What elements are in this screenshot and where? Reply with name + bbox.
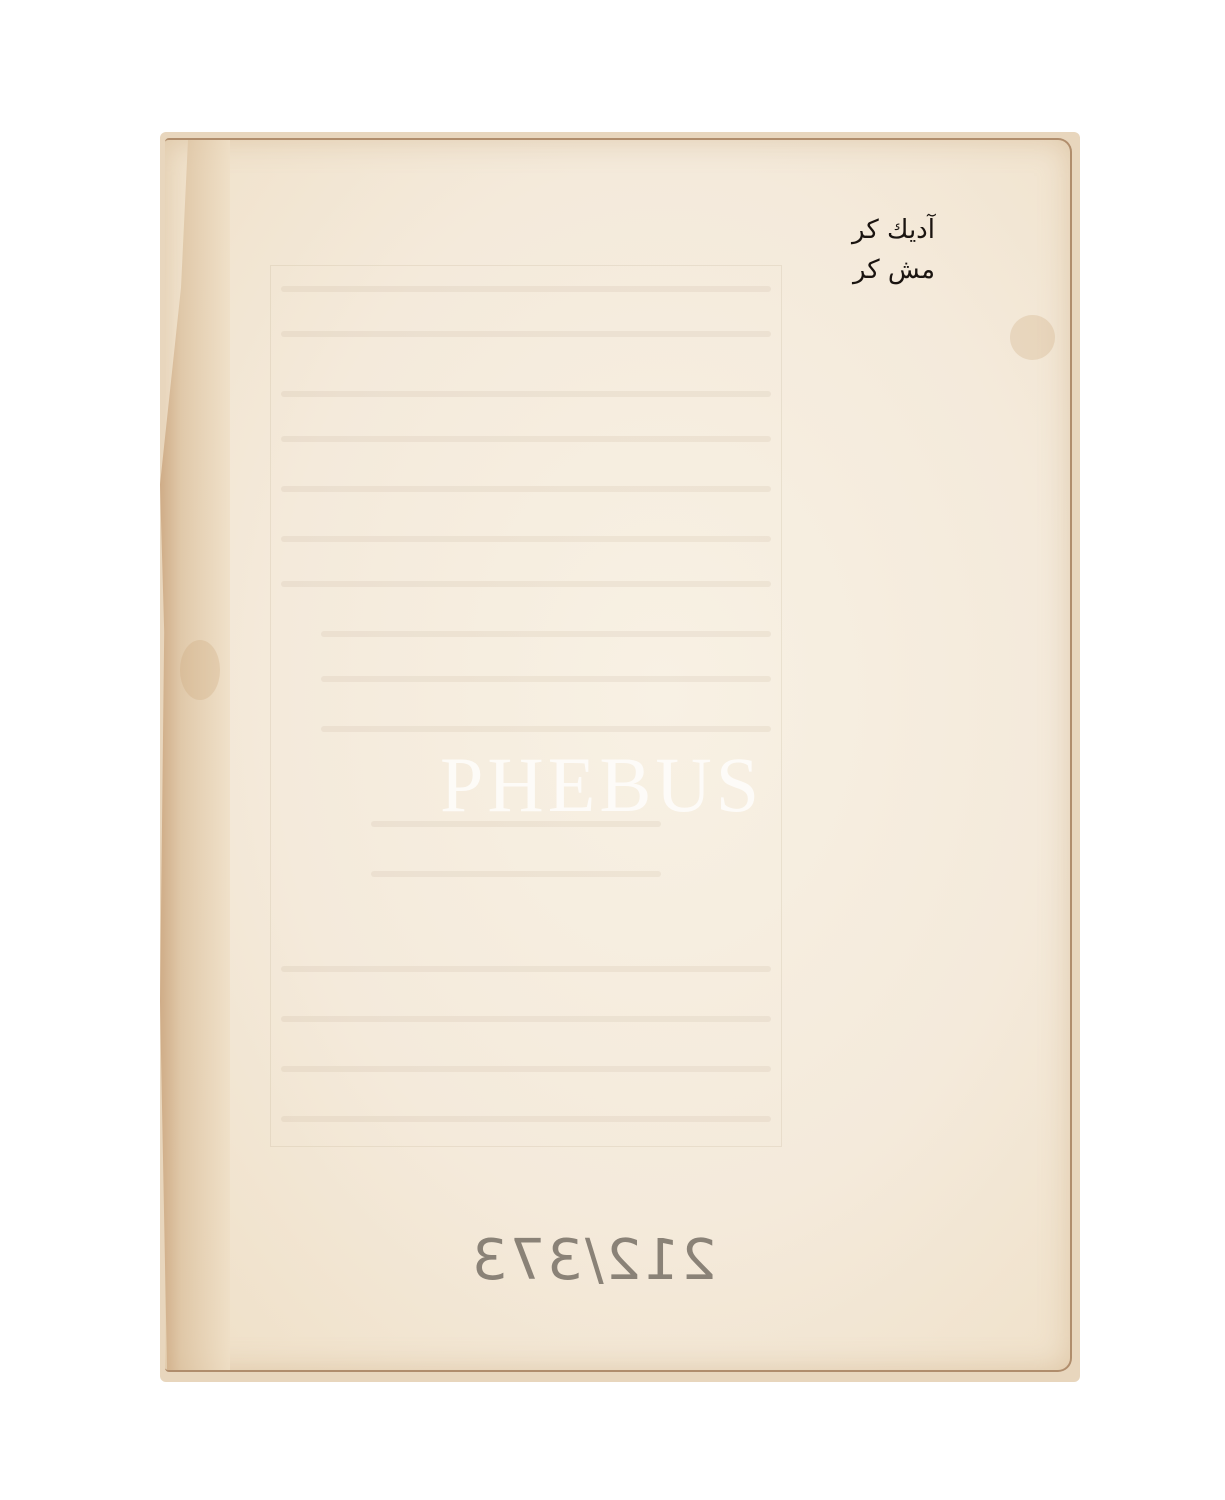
note-line-2: مش كر [815,250,935,290]
handwritten-note: آدیك كر مش كر [815,210,935,290]
note-line-1: آدیك كر [815,210,935,250]
stain [1010,315,1055,360]
watermark: PHEBUS [440,740,763,830]
pencil-number: 212/373 [470,1228,717,1293]
show-through-text-block [270,265,782,1147]
stain [180,640,220,700]
